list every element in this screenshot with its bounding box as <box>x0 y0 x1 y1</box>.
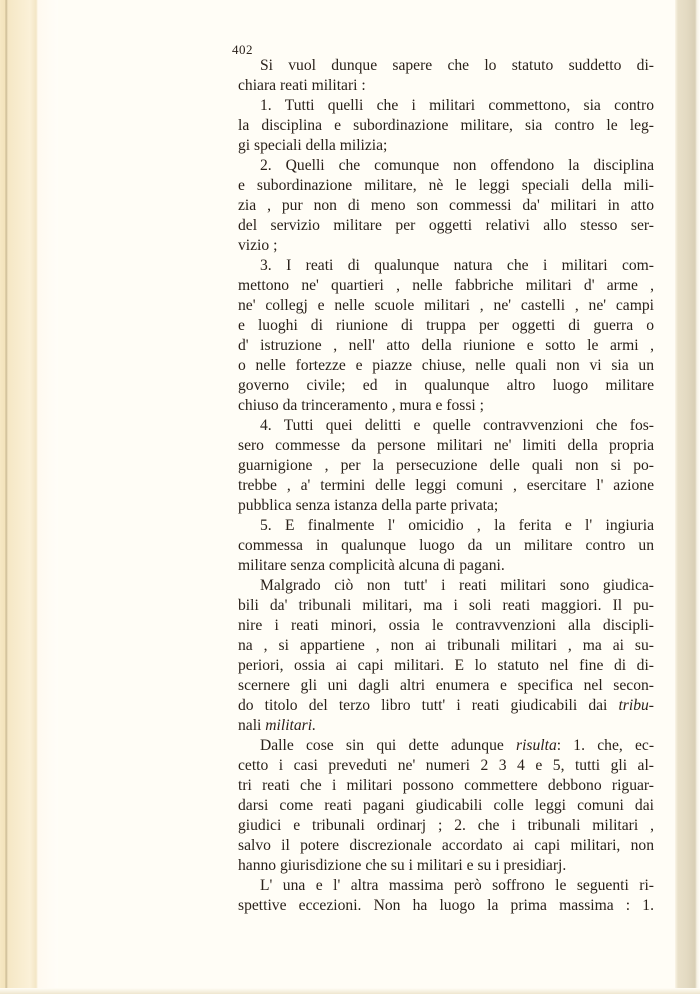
text-line: 4. Tutti quei delitti e quelle contravve… <box>238 416 654 436</box>
text-line: nire i reati minori, ossia le contravven… <box>238 616 654 636</box>
text-line: chiara reati militari : <box>238 76 654 96</box>
text-line: pubblica senza istanza della parte priva… <box>238 496 654 516</box>
book-gutter-left <box>0 0 38 994</box>
text-line: trebbe , a' termini delle leggi comuni ,… <box>238 476 654 496</box>
text-line: tri reati che i militari possono commett… <box>238 776 654 796</box>
text-line: 5. E finalmente l' omicidio , la ferita … <box>238 516 654 536</box>
text-line: darsi come reati pagani giudicabili coll… <box>238 796 654 816</box>
text-line: militare senza complicità alcuna di paga… <box>238 556 654 576</box>
text-line: na , si appartiene , non ai tribunali mi… <box>238 636 654 656</box>
text-line: spettive eccezioni. Non ha luogo la prim… <box>238 896 654 916</box>
italic-text: tribu- <box>618 697 654 714</box>
page-edge-right <box>675 0 700 994</box>
page-edge-bottom <box>0 988 700 994</box>
italic-text: militari. <box>265 717 316 734</box>
text-line: L' una e l' altra massima però soffrono … <box>238 876 654 896</box>
text-line: ne' collegj e nelle scuole militari , ne… <box>238 296 654 316</box>
text-line: del servizio militare per oggetti relati… <box>238 216 654 236</box>
text-line: guarnigione , per la persecuzione delle … <box>238 456 654 476</box>
text-line: la disciplina e subordinazione militare,… <box>238 116 654 136</box>
text-line: periori, ossia ai capi militari. E lo st… <box>238 656 654 676</box>
text-line: Malgrado ciò non tutt' i reati militari … <box>238 576 654 596</box>
text-line: e luoghi di riunione di truppa per ogget… <box>238 316 654 336</box>
text-line: scernere gli uni dagli altri enumera e s… <box>238 676 654 696</box>
page-body-text: Si vuol dunque sapere che lo statuto sud… <box>238 56 654 916</box>
text-line: d' istruzione , nell' atto della riunion… <box>238 336 654 356</box>
text-line: salvo il potere discrezionale accordato … <box>238 836 654 856</box>
text-line: mettono ne' quartieri , nelle fabbriche … <box>238 276 654 296</box>
page-shadow-left <box>38 0 58 994</box>
text-line: Si vuol dunque sapere che lo statuto sud… <box>238 56 654 76</box>
text-line: 1. Tutti quelli che i militari commetton… <box>238 96 654 116</box>
text-line: 2. Quelli che comunque non offendono la … <box>238 156 654 176</box>
text-line: chiuso da trinceramento , mura e fossi ; <box>238 396 654 416</box>
italic-text: risulta <box>516 737 557 754</box>
text-line: do titolo del terzo libro tutt' i reati … <box>238 696 654 716</box>
text-line: gi speciali della milizia; <box>238 136 654 156</box>
text-line: cetto i casi preveduti ne' numeri 2 3 4 … <box>238 756 654 776</box>
text-line: giudici e tribunali ordinarj ; 2. che i … <box>238 816 654 836</box>
text-line: bili da' tribunali militari, ma i soli r… <box>238 596 654 616</box>
text-line: vizio ; <box>238 236 654 256</box>
text-line: commessa in qualunque luogo da un milita… <box>238 536 654 556</box>
text-line: 3. I reati di qualunque natura che i mil… <box>238 256 654 276</box>
text-line: hanno giurisdizione che su i militari e … <box>238 856 654 876</box>
text-line: Dalle cose sin qui dette adunque risulta… <box>238 736 654 756</box>
text-line: o nelle fortezze e piazze chiuse, nelle … <box>238 356 654 376</box>
text-line: e subordinazione militare, nè le leggi s… <box>238 176 654 196</box>
text-line: governo civile; ed in qualunque altro lu… <box>238 376 654 396</box>
text-line: zia , pur non di meno son commessi da' m… <box>238 196 654 216</box>
text-line: nali militari. <box>238 716 654 736</box>
text-line: sero commesse da persone militari ne' li… <box>238 436 654 456</box>
